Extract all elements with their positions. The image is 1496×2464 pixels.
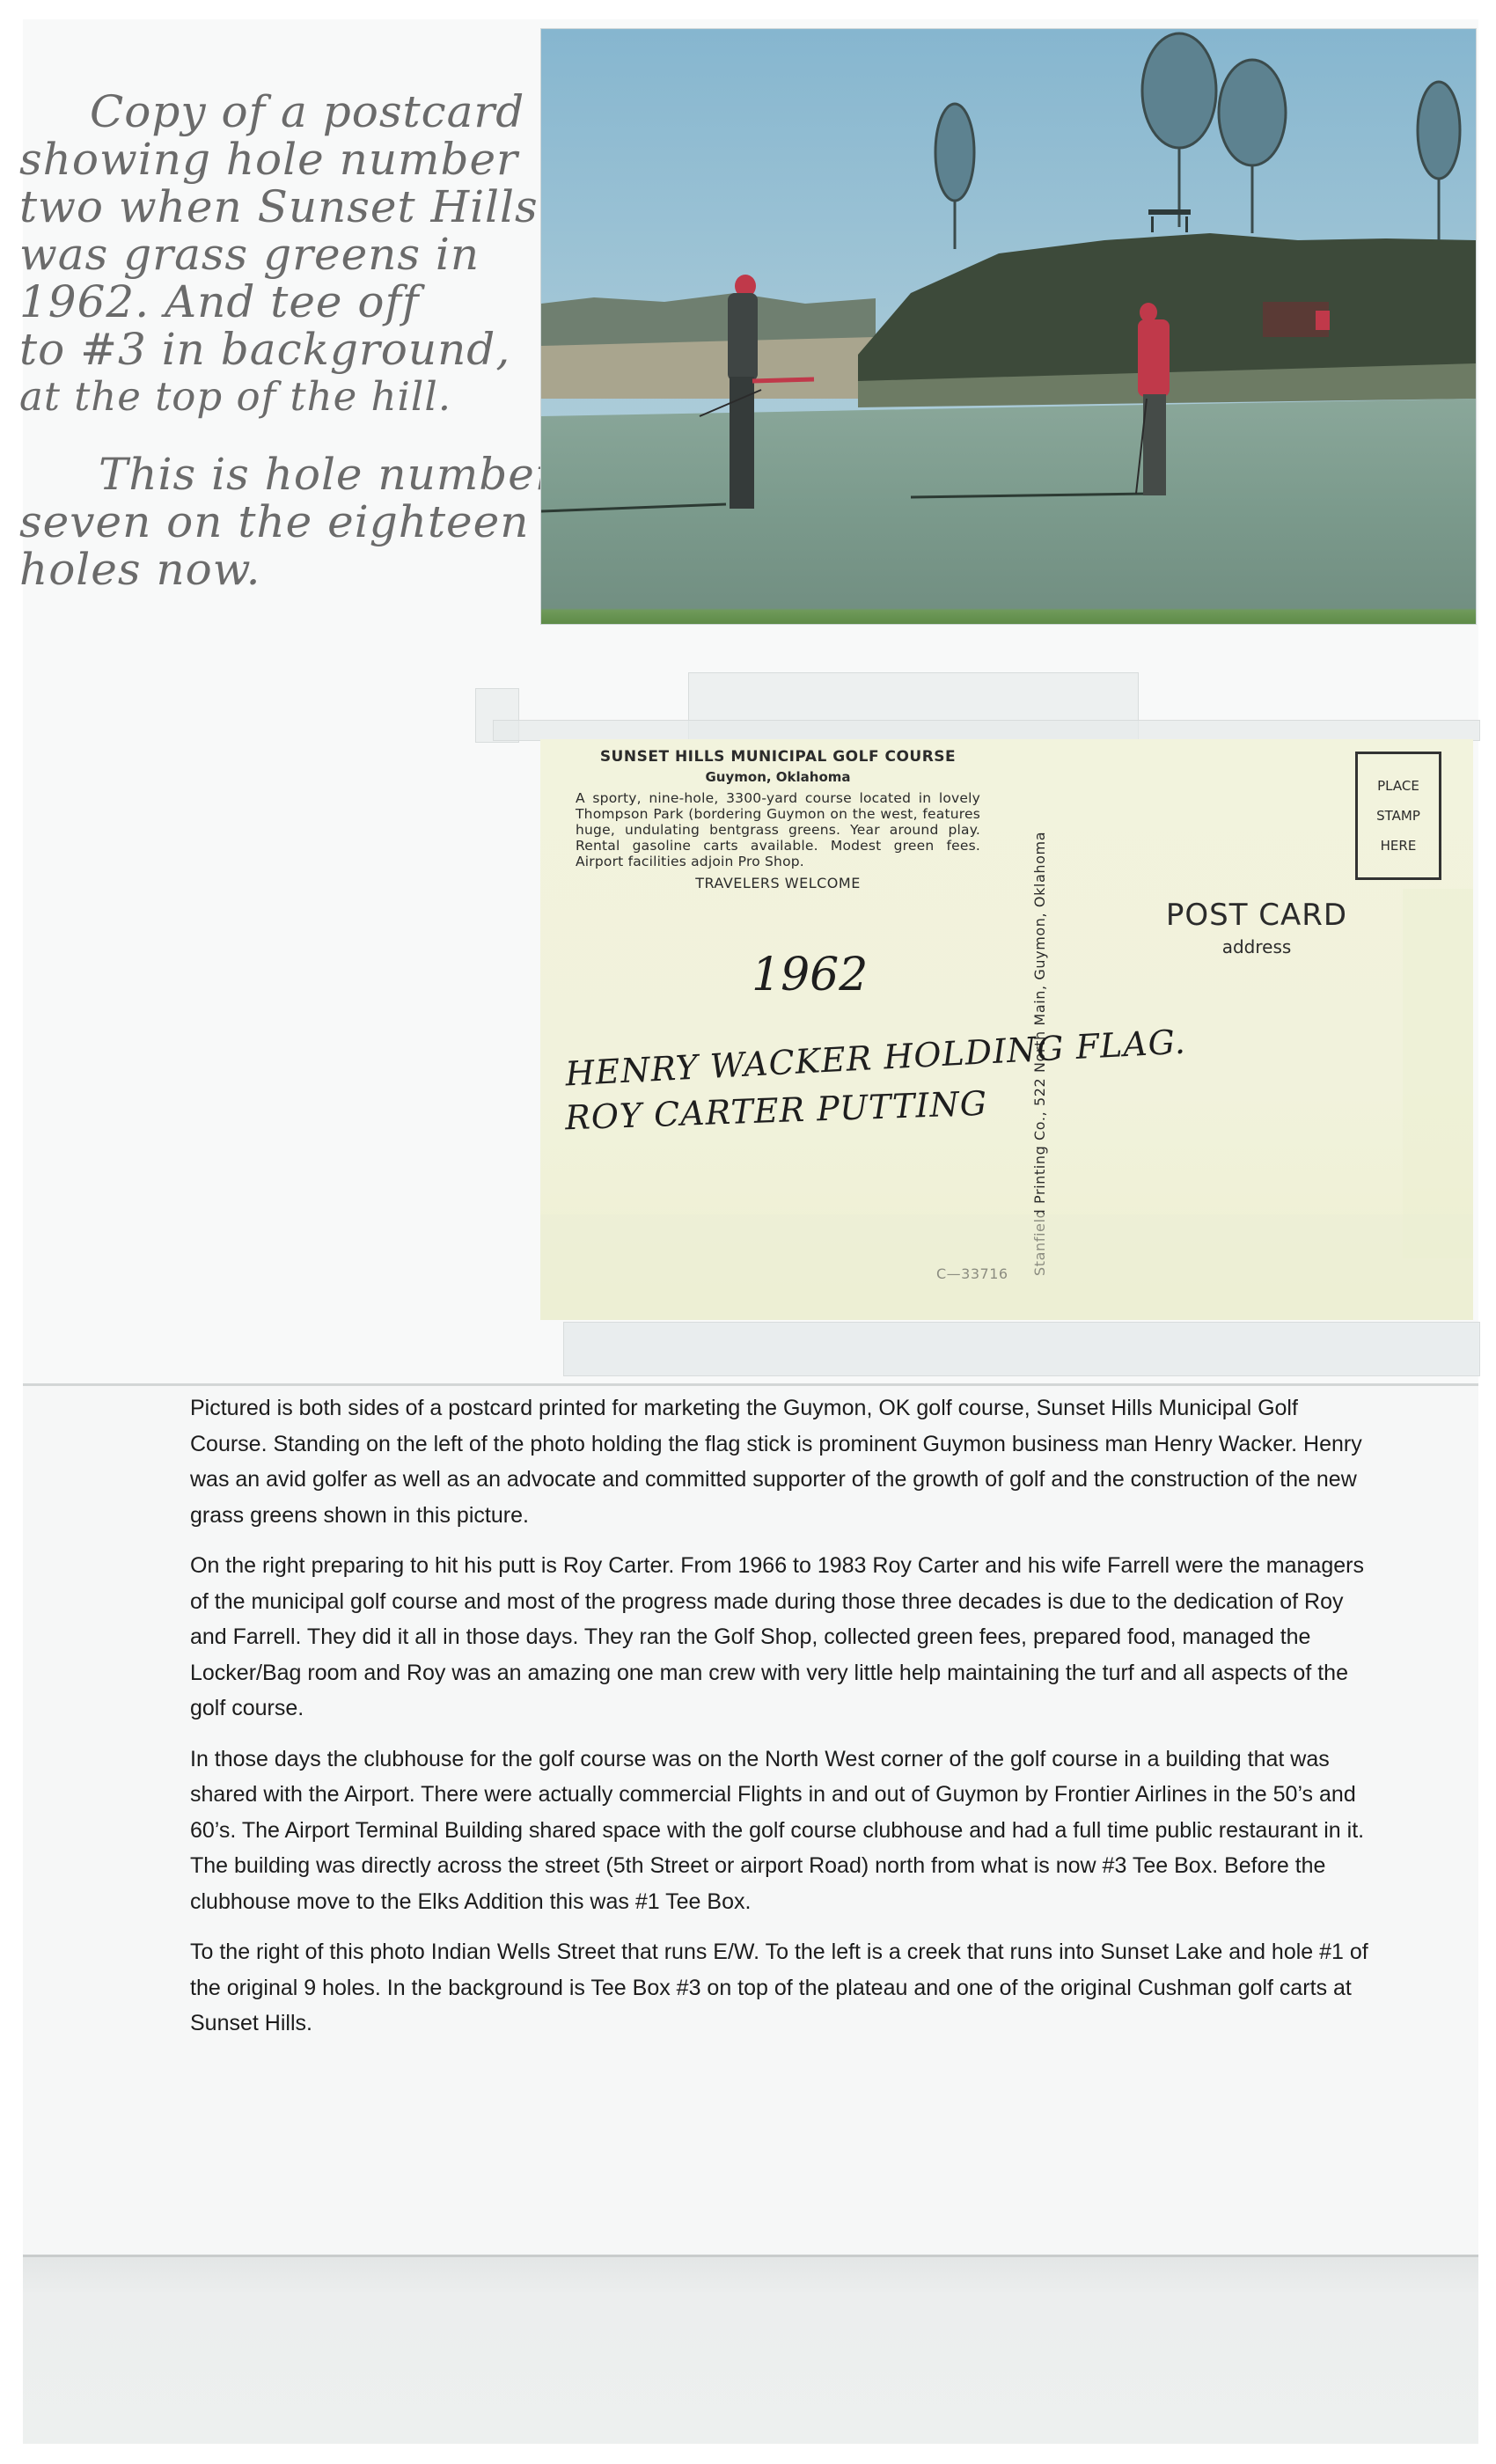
handwritten-year: 1962 xyxy=(752,949,868,1001)
postcard-back: SUNSET HILLS MUNICIPAL GOLF COURSE Guymo… xyxy=(540,739,1473,1320)
stamp-text: HERE xyxy=(1381,831,1417,861)
postcard-header: SUNSET HILLS MUNICIPAL GOLF COURSE Guymo… xyxy=(576,744,980,891)
tape-overlay xyxy=(540,1214,1473,1320)
stamp-box: PLACE STAMP HERE xyxy=(1355,752,1441,880)
note-line: at the top of the hill. xyxy=(19,373,547,421)
article-paragraph: On the right preparing to hit his putt i… xyxy=(190,1548,1369,1727)
paper-fold-line xyxy=(23,1383,1478,1386)
note-line: Copy of a postcard xyxy=(19,88,547,136)
tape-piece xyxy=(493,720,1480,741)
note-line: showing hole number xyxy=(19,136,547,183)
note-line: seven on the eighteen xyxy=(19,498,547,546)
note-line: to #3 in background, xyxy=(19,326,547,373)
article-paragraph: In those days the clubhouse for the golf… xyxy=(190,1742,1369,1920)
note-line: holes now. xyxy=(19,546,547,593)
stamp-text: STAMP xyxy=(1376,801,1420,831)
stamp-text: PLACE xyxy=(1377,771,1419,801)
postcard-welcome: TRAVELERS WELCOME xyxy=(576,875,980,891)
handwritten-note: Copy of a postcard showing hole number t… xyxy=(19,88,547,593)
postcard-photo xyxy=(540,28,1477,625)
address-label: address xyxy=(1142,936,1371,957)
note-line: was grass greens in xyxy=(19,231,547,278)
printer-credit: Stanfield Printing Co., 522 North Main, … xyxy=(1029,748,1055,1276)
tape-overlay xyxy=(1403,889,1473,1258)
note-line: This is hole number xyxy=(19,451,547,498)
article-paragraph: Pictured is both sides of a postcard pri… xyxy=(190,1390,1369,1533)
post-card-label: POST CARD xyxy=(1142,898,1371,933)
tape-piece xyxy=(563,1322,1480,1376)
note-line: two when Sunset Hills xyxy=(19,183,547,231)
postcard-title: SUNSET HILLS MUNICIPAL GOLF COURSE xyxy=(576,748,980,766)
article-paragraph: To the right of this photo Indian Wells … xyxy=(190,1934,1369,2042)
golf-green-illustration xyxy=(541,29,1476,624)
handwritten-caption-2: ROY CARTER PUTTING xyxy=(564,1084,987,1138)
postcard-description: A sporty, nine-hole, 3300-yard course lo… xyxy=(576,790,980,869)
postcard-location: Guymon, Oklahoma xyxy=(576,769,980,785)
article-text: Pictured is both sides of a postcard pri… xyxy=(190,1390,1369,2057)
handwritten-caption-1: HENRY WACKER HOLDING FLAG. xyxy=(564,1023,1186,1094)
note-line: 1962. And tee off xyxy=(19,278,547,326)
lower-sheet-edge xyxy=(23,2255,1478,2444)
